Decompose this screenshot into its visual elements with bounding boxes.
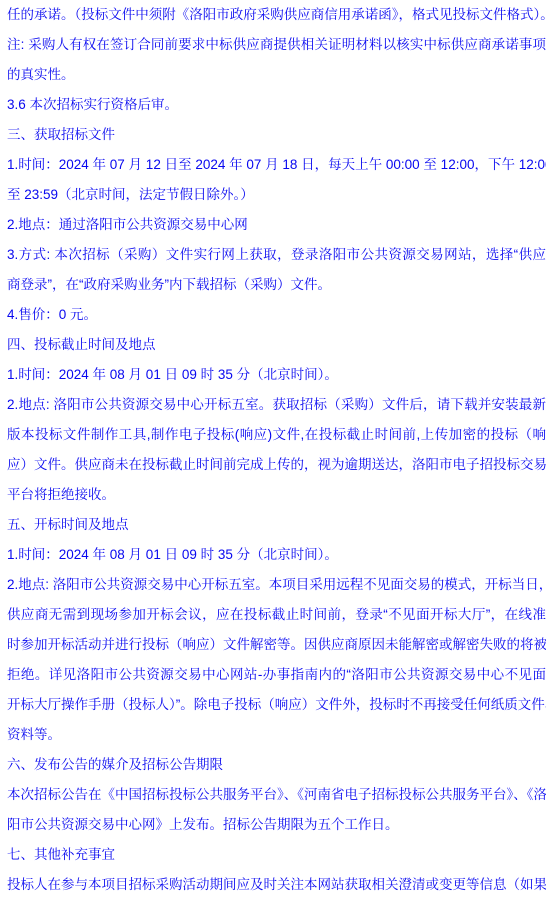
- document-line: 五、开标时间及地点: [7, 510, 546, 540]
- document-line: 注: 采购人有权在签订合同前要求中标供应商提供相关证明材料以核实中标供应商承诺事…: [7, 30, 546, 60]
- document-page: 任的承诺。（投标文件中须附《洛阳市政府采购供应商信用承诺函》，格式见投标文件格式…: [0, 0, 554, 907]
- document-line: 七、其他补充事宜: [7, 840, 546, 870]
- document-line: 开标大厅操作手册（投标人）”。除电子投标（响应）文件外，投标时不再接受任何纸质文…: [7, 690, 546, 720]
- document-line: 资料等。: [7, 720, 546, 750]
- document-line: 平台将拒绝接收。: [7, 480, 546, 510]
- document-line: 版本投标文件制作工具,制作电子投标(响应)文件,在投标截止时间前,上传加密的投标…: [7, 420, 546, 450]
- document-line: 的真实性。: [7, 60, 546, 90]
- document-line: 任的承诺。（投标文件中须附《洛阳市政府采购供应商信用承诺函》，格式见投标文件格式…: [7, 0, 546, 30]
- document-line: 4.售价：0 元。: [7, 300, 546, 330]
- document-line: 至 23:59（北京时间，法定节假日除外。）: [7, 180, 546, 210]
- document-line: 2.地点：通过洛阳市公共资源交易中心网: [7, 210, 546, 240]
- document-line: 时参加开标活动并进行投标（响应）文件解密等。因供应商原因未能解密或解密失败的将被: [7, 630, 546, 660]
- document-line: 1.时间：2024 年 08 月 01 日 09 时 35 分（北京时间）。: [7, 360, 546, 390]
- document-line: 1.时间：2024 年 08 月 01 日 09 时 35 分（北京时间）。: [7, 540, 546, 570]
- document-line: 3.方式: 本次招标（采购）文件实行网上获取，登录洛阳市公共资源交易网站，选择“…: [7, 240, 546, 270]
- document-line: 2.地点: 洛阳市公共资源交易中心开标五室。本项目采用远程不见面交易的模式，开标…: [7, 570, 546, 600]
- document-line: 应）文件。供应商未在投标截止时间前完成上传的，视为逾期送达，洛阳市电子招投标交易: [7, 450, 546, 480]
- document-line: 2.地点: 洛阳市公共资源交易中心开标五室。获取招标（采购）文件后，请下载并安装…: [7, 390, 546, 420]
- document-line: 四、投标截止时间及地点: [7, 330, 546, 360]
- document-line: 商登录”，在“政府采购业务”内下载招标（采购）文件。: [7, 270, 546, 300]
- document-line: 阳市公共资源交易中心网》上发布。招标公告期限为五个工作日。: [7, 810, 546, 840]
- document-line: 1.时间：2024 年 07 月 12 日至 2024 年 07 月 18 日，…: [7, 150, 546, 180]
- document-line: 供应商无需到现场参加开标会议，应在投标截止时间前，登录“不见面开标大厅”，在线准: [7, 600, 546, 630]
- document-line: 本次招标公告在《中国招标投标公共服务平台》、《河南省电子招标投标公共服务平台》、…: [7, 780, 546, 810]
- document-line: 投标人在参与本项目招标采购活动期间应及时关注本网站获取相关澄清或变更等信息（如果: [7, 870, 546, 900]
- document-line: 六、发布公告的媒介及招标公告期限: [7, 750, 546, 780]
- document-line: 3.6 本次招标实行资格后审。: [7, 90, 546, 120]
- document-line: 三、获取招标文件: [7, 120, 546, 150]
- document-body: 任的承诺。（投标文件中须附《洛阳市政府采购供应商信用承诺函》，格式见投标文件格式…: [7, 0, 546, 900]
- document-line: 拒绝。详见洛阳市公共资源交易中心网站-办事指南内的“洛阳市公共资源交易中心不见面: [7, 660, 546, 690]
